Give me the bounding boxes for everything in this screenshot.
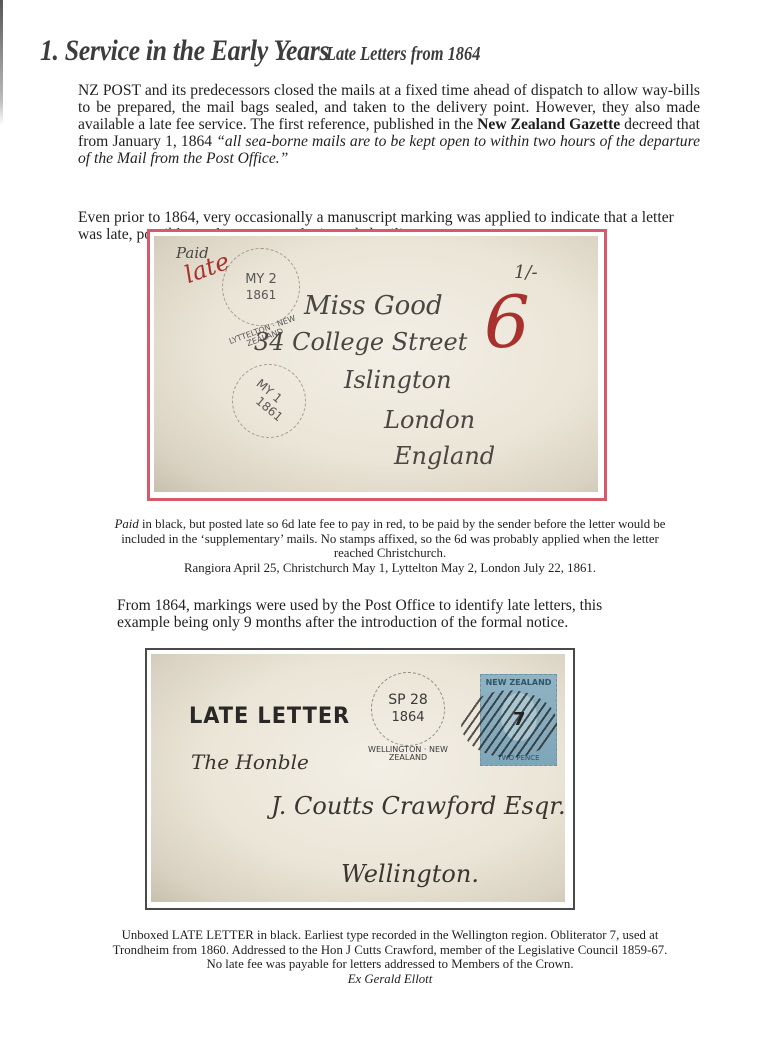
two-pence-blue-stamp: NEW ZEALAND TWO PENCE 7: [480, 674, 557, 766]
wellington-postmark-date: SP 28: [372, 693, 444, 708]
cover-1861-frame: Paid late MY 2 1861 LYTTELTON · NEW ZEAL…: [147, 229, 607, 501]
stamp-country: NEW ZEALAND: [481, 678, 556, 687]
page-edge-shadow: [0, 0, 3, 125]
caption-text: in black, but posted late so 6d late fee…: [121, 517, 665, 560]
address-line-4: London: [384, 406, 475, 434]
late-fee-6d-red-marking: 6: [484, 286, 530, 358]
caption-dates: Rangiora April 25, Christchurch May 1, L…: [184, 561, 596, 575]
caption-text: Unboxed LATE LETTER in black. Earliest t…: [113, 928, 668, 971]
obliterator-number: 7: [513, 709, 526, 730]
cover-1861-envelope-image: Paid late MY 2 1861 LYTTELTON · NEW ZEAL…: [154, 236, 598, 492]
cover-1864-caption: Unboxed LATE LETTER in black. Earliest t…: [110, 928, 670, 986]
address-line-2: 34 College Street: [254, 328, 467, 356]
wellington-postmark: SP 28 1864: [371, 672, 445, 746]
interlude-paragraph: From 1864, markings were used by the Pos…: [117, 597, 637, 631]
address-line-5: England: [394, 442, 495, 470]
caption-provenance: Ex Gerald Ellott: [348, 972, 433, 986]
caption-paid-italic: Paid: [115, 517, 139, 531]
intro-paragraph-1: NZ POST and its predecessors closed the …: [78, 82, 700, 167]
late-letter-handstamp: LATE LETTER: [189, 704, 350, 729]
lyttelton-postmark-year: 1861: [223, 289, 299, 302]
christchurch-postmark: MY 1 1861: [232, 364, 306, 438]
cover-1864-frame: LATE LETTER SP 28 1864 WELLINGTON · NEW …: [145, 648, 575, 910]
barred-obliterator: [459, 689, 559, 759]
page-title: 1. Service in the Early Years: [40, 34, 329, 68]
page-subtitle: Late Letters from 1864: [326, 43, 480, 66]
lyttelton-postmark-date: MY 2: [223, 273, 299, 287]
cover-1861-caption: Paid in black, but posted late so 6d lat…: [110, 517, 670, 575]
wellington-postmark-year: 1864: [372, 711, 444, 725]
address-line-3: Islington: [344, 366, 452, 394]
address-line-2: J. Coutts Crawford Esqr.: [271, 792, 565, 820]
address-line-3: Wellington.: [341, 860, 479, 888]
gazette-name: New Zealand Gazette: [477, 116, 620, 133]
address-line-1: Miss Good: [304, 291, 443, 321]
address-line-1: The Honble: [191, 750, 309, 774]
cover-1864-envelope-image: LATE LETTER SP 28 1864 WELLINGTON · NEW …: [151, 654, 565, 902]
wellington-postmark-ring-text: WELLINGTON · NEW ZEALAND: [363, 746, 453, 763]
